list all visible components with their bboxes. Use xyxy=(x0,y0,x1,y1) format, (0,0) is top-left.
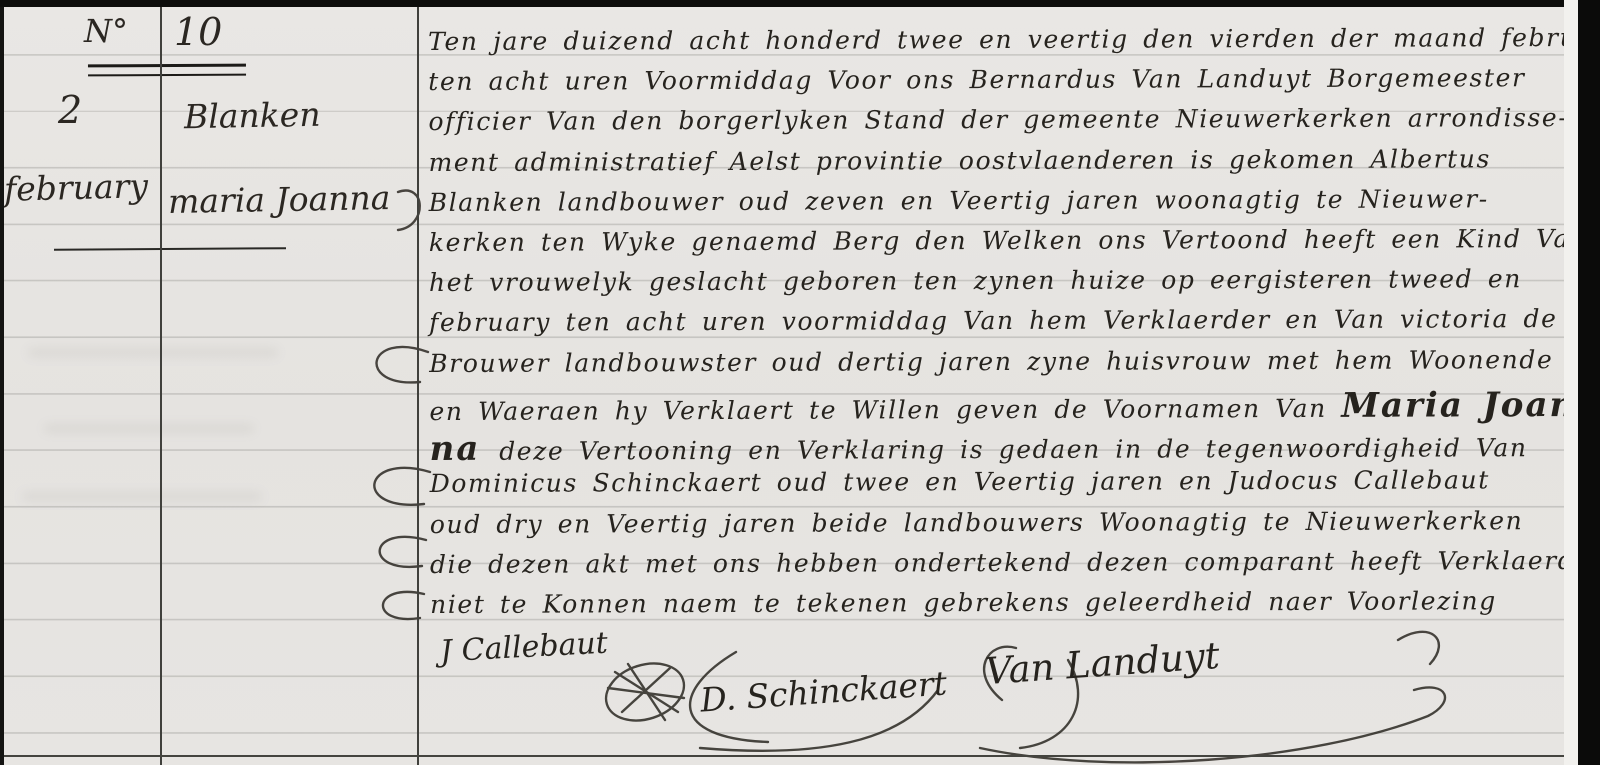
act-line-text: oud dry en Veertig jaren beide landbouwe… xyxy=(430,506,1524,539)
act-line-text: ment administratief Aelst provintie oost… xyxy=(429,144,1491,177)
act-line-text: kerken ten Wyke genaemd Berg den Welken … xyxy=(429,224,1588,257)
bleed-through-texture xyxy=(44,424,254,433)
scan-border-right xyxy=(1578,0,1600,765)
margin-day: 2 xyxy=(58,88,82,132)
act-line: Ten jare duizend acht honderd twee en ve… xyxy=(428,23,1600,56)
row-divider-bottom xyxy=(0,755,1578,757)
act-line: Blanken landbouwer oud zeven en Veertig … xyxy=(429,184,1489,217)
act-line: oud dry en Veertig jaren beide landbouwe… xyxy=(430,506,1524,539)
act-line-text: officier Van den borgerlyken Stand der g… xyxy=(428,103,1568,136)
act-line: het vrouwelyk geslacht geboren ten zynen… xyxy=(429,264,1522,297)
margin-month: february xyxy=(4,166,149,209)
act-line-text: Brouwer landbouwster oud dertig jaren zy… xyxy=(429,345,1553,378)
register-page: N° 10 2 Blanken february maria Joanna Te… xyxy=(0,0,1600,765)
act-line-text: ten acht uren Voormiddag Voor ons Bernar… xyxy=(428,63,1525,96)
act-line: ment administratief Aelst provintie oost… xyxy=(429,144,1491,177)
act-line: Dominicus Schinckaert oud twee en Veerti… xyxy=(430,465,1490,498)
scan-edge-left xyxy=(0,0,4,765)
given-name-emphasis: Maria Joan- xyxy=(1341,385,1592,426)
act-number-value: 10 xyxy=(174,10,222,54)
act-line-text: Dominicus Schinckaert oud twee en Veerti… xyxy=(430,465,1490,498)
scan-border-top xyxy=(0,0,1588,7)
given-name-emphasis-lead: na xyxy=(429,429,499,469)
act-number-label: N° xyxy=(84,12,128,50)
paper-edge-right xyxy=(1564,0,1578,765)
act-line: ten acht uren Voormiddag Voor ons Bernar… xyxy=(428,63,1525,96)
act-line: niet te Konnen naem te tekenen gebrekens… xyxy=(430,586,1497,619)
act-line: na deze Vertooning en Verklaring is geda… xyxy=(429,425,1527,469)
column-divider-date xyxy=(160,0,162,765)
act-line: Brouwer landbouwster oud dertig jaren zy… xyxy=(429,345,1553,378)
act-line-text: Blanken landbouwer oud zeven en Veertig … xyxy=(429,184,1489,217)
bleed-through-texture xyxy=(28,348,278,357)
column-divider-margin xyxy=(417,0,419,765)
margin-surname: Blanken xyxy=(184,95,321,136)
act-line: kerken ten Wyke genaemd Berg den Welken … xyxy=(429,224,1588,257)
bleed-through-texture xyxy=(22,492,262,501)
act-line-text: Ten jare duizend acht honderd twee en ve… xyxy=(428,23,1600,56)
act-line-text: het vrouwelyk geslacht geboren ten zynen… xyxy=(429,264,1522,297)
act-line: officier Van den borgerlyken Stand der g… xyxy=(428,103,1568,136)
act-line-text: en Waeraen hy Verklaert te Willen geven … xyxy=(429,394,1341,426)
act-line: february ten acht uren voormiddag Van he… xyxy=(429,304,1557,337)
act-line-text: deze Vertooning en Verklaring is gedaen … xyxy=(499,433,1528,466)
double-underline xyxy=(88,64,246,77)
act-line-text: niet te Konnen naem te tekenen gebrekens… xyxy=(430,586,1497,619)
margin-given-names: maria Joanna xyxy=(168,178,391,221)
act-line: en Waeraen hy Verklaert te Willen geven … xyxy=(429,385,1592,429)
act-line-text: february ten acht uren voormiddag Van he… xyxy=(429,304,1557,337)
act-line: die dezen akt met ons hebben ondertekend… xyxy=(430,546,1575,579)
act-line-text: die dezen akt met ons hebben ondertekend… xyxy=(430,546,1575,579)
